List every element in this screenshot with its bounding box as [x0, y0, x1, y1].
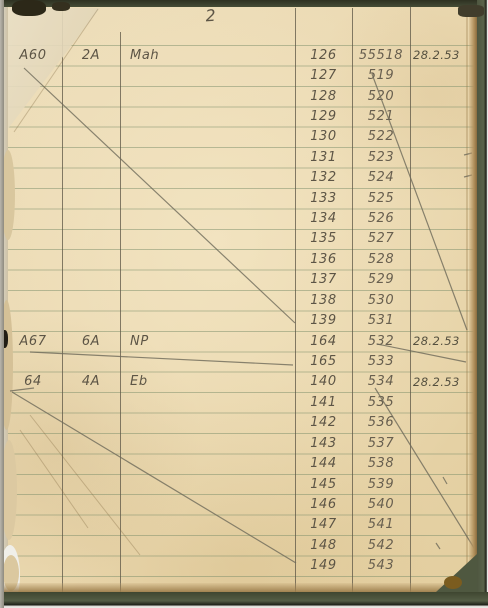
- torn-corner-dark-mark: [458, 5, 484, 17]
- scan-frame-top: [0, 0, 488, 7]
- pencil-tick-mark: [436, 543, 440, 549]
- corner-brown-spot: [444, 576, 462, 589]
- pencil-arrow-mark: [10, 388, 34, 391]
- torn-corner-dark-mark: [12, 0, 46, 16]
- pencil-line-date-2: [377, 344, 466, 362]
- pencil-strokes: [0, 0, 488, 608]
- pencil-tick-mark: [443, 477, 447, 484]
- scan-frame-bottom: [0, 592, 488, 608]
- pencil-diagonal-64-group: [12, 392, 296, 563]
- scan-frame-right: [477, 0, 488, 608]
- pencil-diagonal-date-1: [372, 74, 467, 330]
- torn-corner-dark-mark: [52, 2, 70, 11]
- pencil-diagonal-date-3: [375, 388, 479, 556]
- pencil-line-a67-group: [30, 352, 293, 365]
- scanned-ledger-page: 2 A602AMahA676ANP644AEb 1265551828.2.531…: [0, 0, 488, 608]
- paper-crease-line: [20, 430, 88, 528]
- scan-frame-left: [0, 0, 4, 608]
- pencil-diagonal-a60-group: [24, 68, 295, 323]
